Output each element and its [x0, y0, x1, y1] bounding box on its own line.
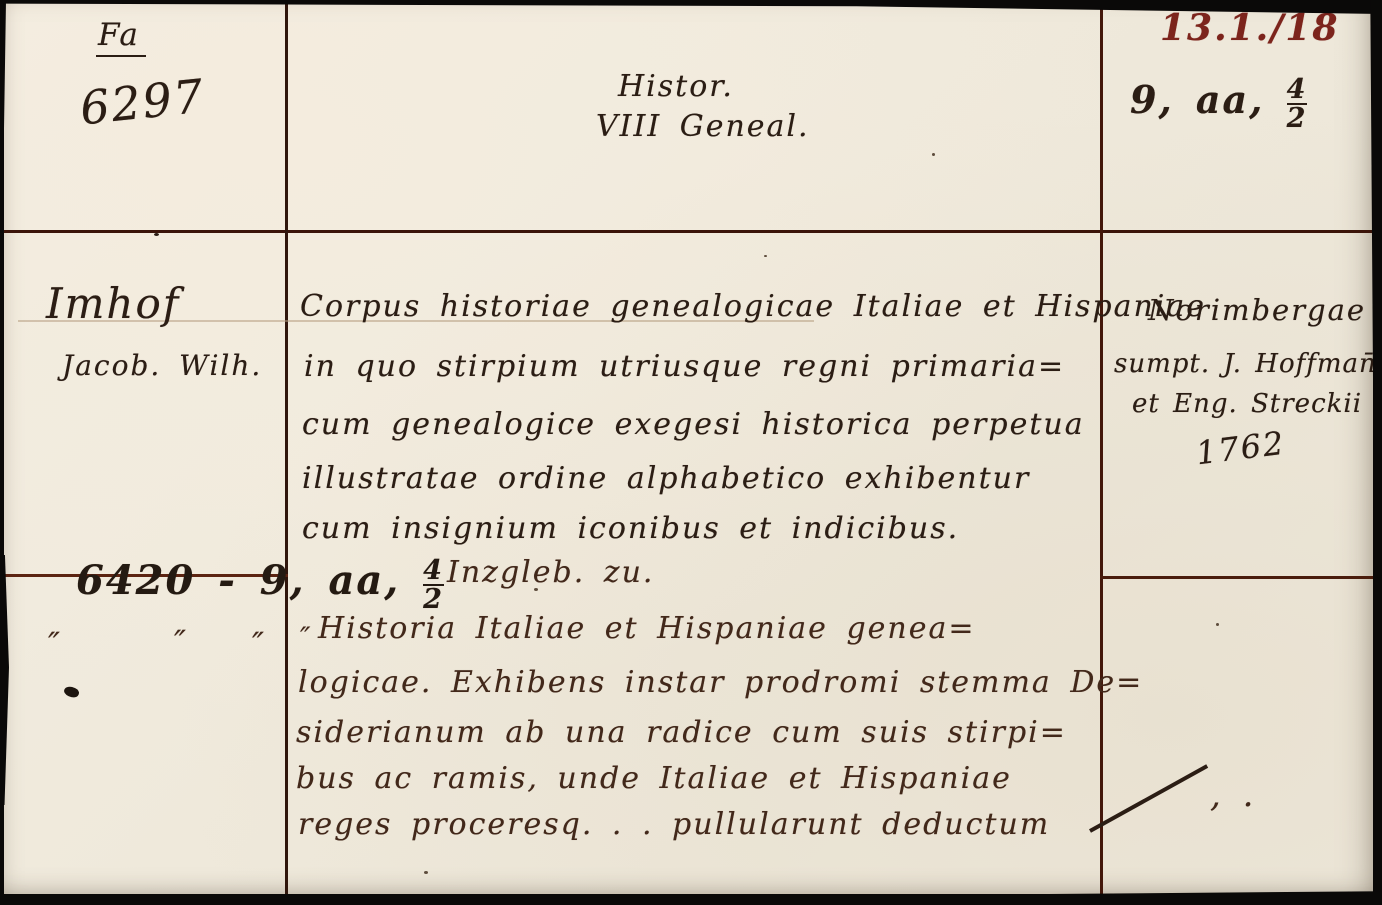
imprint-publisher-2: et Eng. Streckii [1132, 389, 1362, 419]
shelf-number: 6297 [78, 69, 208, 136]
binding-note: Inzgleb. zu. [447, 555, 654, 590]
second-signature-fraction-numerator: 4 [423, 558, 444, 584]
call-number-fraction: 4 2 [1287, 77, 1308, 131]
ditto-mark: ″ [252, 625, 266, 663]
call-number: 9, aa, 4 2 [1130, 77, 1307, 132]
title-line: Corpus historiae genealogicae Italiae et… [300, 289, 1206, 324]
second-signature-fraction: 4 2 [423, 558, 444, 612]
ditto-mark: ″ [174, 623, 188, 661]
author-forenames: Jacob. Wilh. [62, 349, 262, 382]
call-number-fraction-denominator: 2 [1287, 103, 1308, 132]
classification-line-2: VIII Geneal. [596, 109, 810, 144]
imprint-place: Norimbergae [1148, 293, 1366, 327]
accession-date-stamp: 13.1./18 [1160, 7, 1339, 49]
scanned-catalog-card-page: Fa 6297 Histor. VIII Geneal. 13.1./18 9,… [0, 0, 1382, 905]
title-line: cum genealogice exegesi historica perpet… [302, 407, 1085, 442]
rule-horizontal-top [4, 230, 1373, 233]
closing-slash-stroke [1089, 764, 1208, 832]
paper-speck [764, 255, 767, 257]
second-signature-text: 6420 - 9, aa, [76, 557, 400, 604]
second-title-line: siderianum ab una radice cum suis stirpi… [296, 715, 1067, 750]
call-number-prefix: 9, aa, [1130, 77, 1264, 122]
second-signature: 6420 - 9, aa, 4 2 [76, 557, 444, 613]
paper-speck [932, 153, 935, 156]
second-title-line: logicae. Exhibens instar prodromi stemma… [298, 665, 1143, 700]
second-title-line: Historia Italiae et Hispaniae genea= [318, 611, 976, 646]
imprint-publisher-1: sumpt. J. Hoffman̄i [1114, 349, 1382, 379]
rule-vertical-right [1100, 3, 1103, 894]
second-title-line: bus ac ramis, unde Italiae et Hispaniae [296, 761, 1012, 796]
title-line: cum insignium iconibus et indicibus. [302, 511, 959, 546]
series-mark: Fa [96, 17, 146, 57]
second-signature-fraction-denominator: 2 [423, 584, 444, 613]
paper-speck [154, 233, 159, 236]
paper-speck [424, 871, 428, 874]
title-line: illustratae ordine alphabetico exhibentu… [302, 461, 1030, 496]
paper-speck [1216, 623, 1219, 626]
catalog-card: Fa 6297 Histor. VIII Geneal. 13.1./18 9,… [4, 3, 1373, 894]
title-line: in quo stirpium utriusque regni primaria… [304, 349, 1065, 384]
rule-horizontal-mid-right [1100, 576, 1373, 579]
call-number-fraction-numerator: 4 [1287, 77, 1308, 103]
second-title-line: reges proceresq. . . pullularunt deductu… [298, 807, 1050, 842]
ditto-mark: ″ [48, 625, 62, 663]
author-surname: Imhof [46, 279, 180, 328]
ditto-mark: ″ [300, 621, 312, 654]
rule-vertical-left [285, 3, 288, 894]
imprint-year: 1762 [1194, 424, 1287, 473]
ink-blot [63, 684, 81, 699]
paper-speck [534, 588, 538, 591]
closing-punctuation: , . [1210, 775, 1255, 815]
classification-line-1: Histor. [618, 69, 734, 104]
